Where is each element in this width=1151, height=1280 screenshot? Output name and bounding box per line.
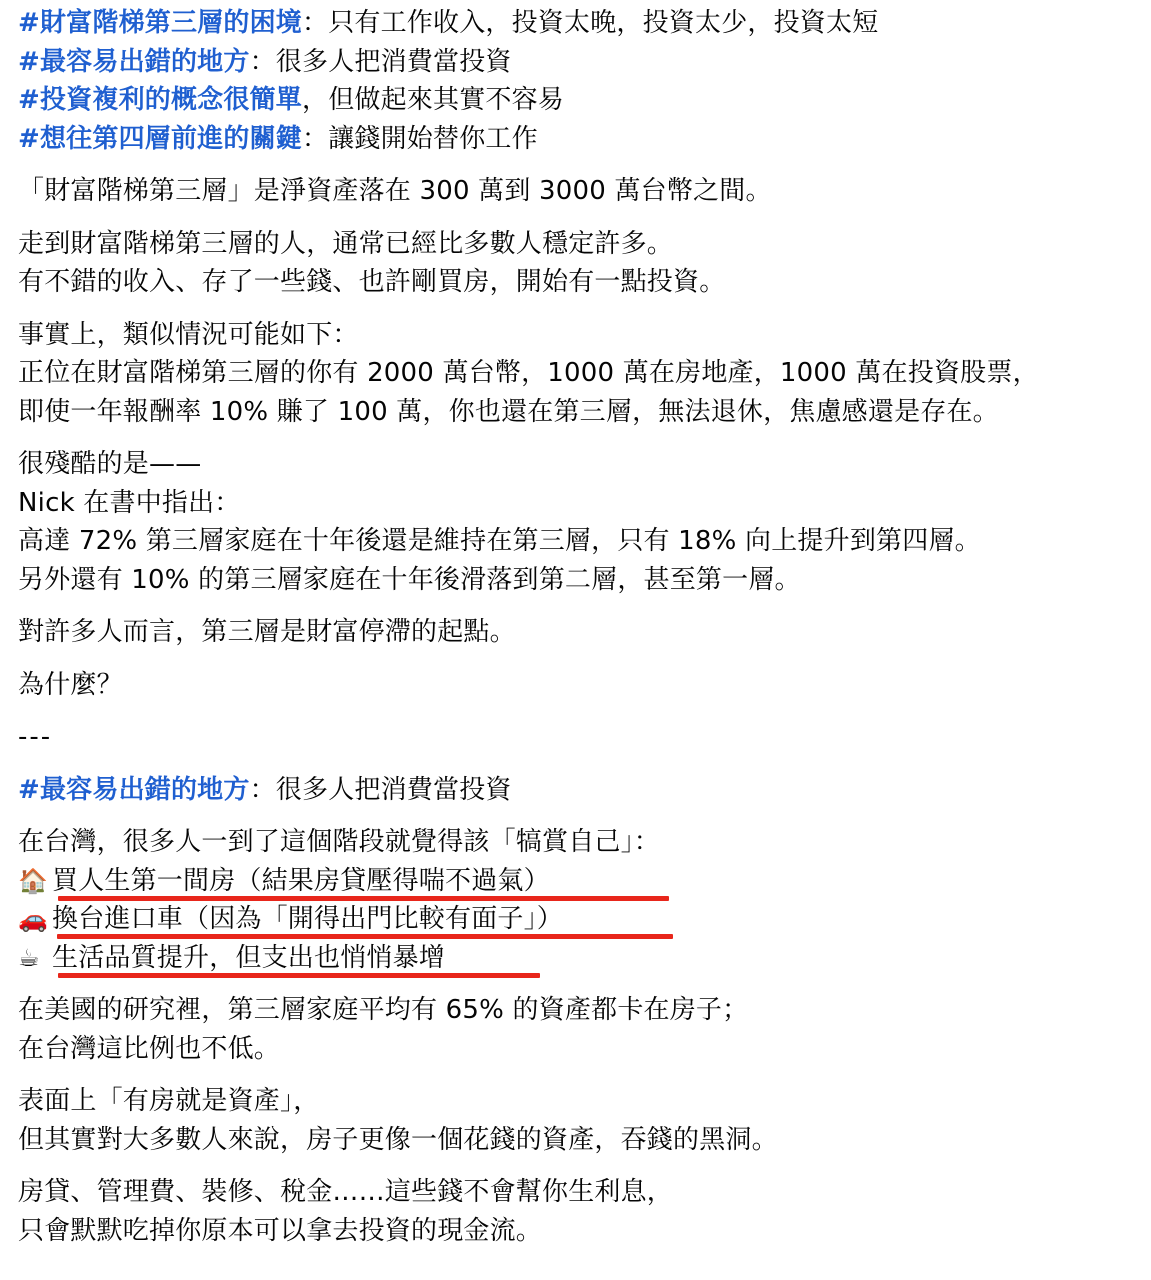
text-line: 在美國的研究裡，第三層家庭平均有 65% 的資產都卡在房子； [18,991,1133,1030]
text-line: 正位在財富階梯第三層的你有 2000 萬台幣，1000 萬在房地產，1000 萬… [18,354,1133,393]
list-item: ☕生活品質提升，但支出也悄悄暴增 [18,939,1133,978]
list-intro: 在台灣，很多人一到了這個階段就覺得該「犒賞自己」： [18,823,1133,862]
hashtag-line-1: #財富階梯第三層的困境：只有工作收入，投資太晚，投資太少，投資太短 [18,4,1133,43]
divider: --- [18,718,1133,757]
text-line: 高達 72% 第三層家庭在十年後還是維持在第三層，只有 18% 向上提升到第四層… [18,522,1133,561]
hashtag-link[interactable]: #最容易出錯的地方 [18,775,250,805]
hashtag-text: ：很多人把消費當投資 [250,775,512,805]
paragraph-us-research: 在美國的研究裡，第三層家庭平均有 65% 的資產都卡在房子； 在台灣這比例也不低… [18,991,1133,1068]
hashtag-link[interactable]: #投資複利的概念很簡單 [18,85,302,115]
text-line: 房貸、管理費、裝修、稅金……這些錢不會幫你生利息， [18,1173,1133,1212]
house-emoji-icon: 🏠 [18,862,52,901]
hashtag-text: ，但做起來其實不容易 [302,85,564,115]
list-item-text: 生活品質提升，但支出也悄悄暴增 [52,943,445,973]
paragraph-costs: 房貸、管理費、裝修、稅金……這些錢不會幫你生利息， 只會默默吃掉你原本可以拿去投… [18,1173,1133,1250]
hashtag-line-3: #投資複利的概念很簡單，但做起來其實不容易 [18,81,1133,120]
list-item-text: 換台進口車（因為「開得出門比較有面子」） [52,904,563,934]
paragraph-definition: 「財富階梯第三層」是淨資產落在 300 萬到 3000 萬台幣之間。 [18,172,1133,211]
paragraph-question: 為什麼？ [18,666,1133,705]
paragraph-stability: 走到財富階梯第三層的人，通常已經比多數人穩定許多。 有不錯的收入、存了一些錢、也… [18,225,1133,302]
paragraph-stagnation: 對許多人而言，第三層是財富停滯的起點。 [18,613,1133,652]
text-line: 即使一年報酬率 10% 賺了 100 萬，你也還在第三層，無法退休，焦慮感還是存… [18,393,1133,432]
hashtag-link[interactable]: #想往第四層前進的關鍵 [18,124,302,154]
hashtag-line-4: #想往第四層前進的關鍵：讓錢開始替你工作 [18,120,1133,159]
text-line: 表面上「有房就是資產」， [18,1082,1133,1121]
hashtag-text: ：讓錢開始替你工作 [302,124,538,154]
paragraph-house-asset: 表面上「有房就是資產」， 但其實對大多數人來說，房子更像一個花錢的資產，吞錢的黑… [18,1082,1133,1159]
divider-text: --- [18,718,1133,757]
car-emoji-icon: 🚗 [18,900,52,939]
text-line: 另外還有 10% 的第三層家庭在十年後滑落到第二層，甚至第一層。 [18,561,1133,600]
hashtag-summary: #財富階梯第三層的困境：只有工作收入，投資太晚，投資太少，投資太短 #最容易出錯… [18,4,1133,158]
hashtag-text: ：很多人把消費當投資 [250,47,512,77]
hashtag-text: ：只有工作收入，投資太晚，投資太少，投資太短 [302,8,878,38]
text-line: 事實上，類似情況可能如下： [18,316,1133,355]
section-heading: #最容易出錯的地方：很多人把消費當投資 [18,771,1133,810]
text-line: 但其實對大多數人來說，房子更像一個花錢的資產，吞錢的黑洞。 [18,1121,1133,1160]
text-line: 走到財富階梯第三層的人，通常已經比多數人穩定許多。 [18,225,1133,264]
post-body: #財富階梯第三層的困境：只有工作收入，投資太晚，投資太少，投資太短 #最容易出錯… [0,0,1151,1250]
coffee-emoji-icon: ☕ [18,939,52,978]
text-line: 為什麼？ [18,666,1133,705]
hashtag-link[interactable]: #財富階梯第三層的困境 [18,8,302,38]
red-underline [58,973,540,978]
text-line: 在台灣這比例也不低。 [18,1030,1133,1069]
text-line: 只會默默吃掉你原本可以拿去投資的現金流。 [18,1212,1133,1251]
text-line: 很殘酷的是—— [18,445,1133,484]
hashtag-link[interactable]: #最容易出錯的地方 [18,47,250,77]
hashtag-line-2: #最容易出錯的地方：很多人把消費當投資 [18,43,1133,82]
list-item: 🚗換台進口車（因為「開得出門比較有面子」） [18,900,1133,939]
paragraph-statistics: 很殘酷的是—— Nick 在書中指出： 高達 72% 第三層家庭在十年後還是維持… [18,445,1133,599]
text-line: 有不錯的收入、存了一些錢、也許剛買房，開始有一點投資。 [18,263,1133,302]
list-item-text: 買人生第一間房（結果房貸壓得喘不過氣） [52,866,550,896]
text-line: 對許多人而言，第三層是財富停滯的起點。 [18,613,1133,652]
text-line: Nick 在書中指出： [18,484,1133,523]
text-line: 「財富階梯第三層」是淨資產落在 300 萬到 3000 萬台幣之間。 [18,172,1133,211]
list-item: 🏠買人生第一間房（結果房貸壓得喘不過氣） [18,862,1133,901]
paragraph-example: 事實上，類似情況可能如下： 正位在財富階梯第三層的你有 2000 萬台幣，100… [18,316,1133,432]
paragraph-reward-list: 在台灣，很多人一到了這個階段就覺得該「犒賞自己」： 🏠買人生第一間房（結果房貸壓… [18,823,1133,977]
